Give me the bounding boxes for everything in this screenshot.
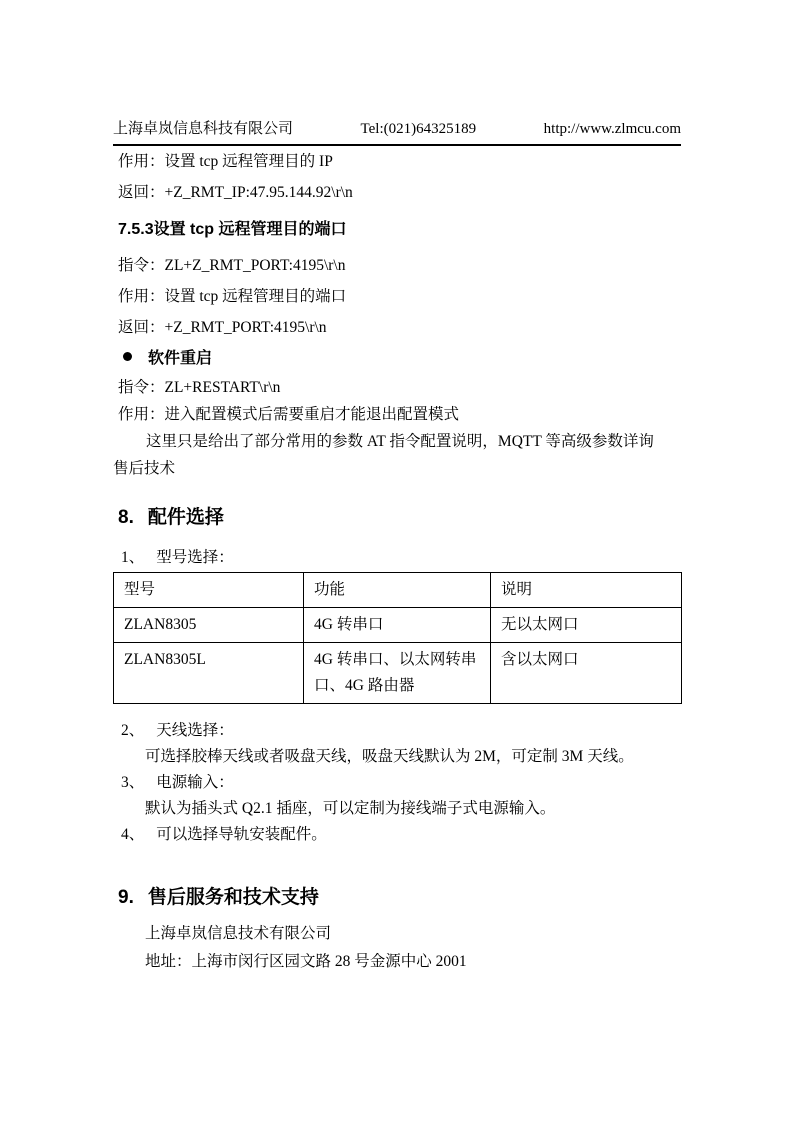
column-header-function: 功能 xyxy=(304,573,491,608)
section-8-title: 配件选择 xyxy=(148,507,224,528)
support-company-line: 上海卓岚信息技术有限公司 xyxy=(113,920,681,948)
restart-note-line-2: 售后技术 xyxy=(113,455,681,482)
s753-reply-line: 返回：+Z_RMT_PORT:4195\r\n xyxy=(113,312,681,343)
restart-note-line-1: 这里只是给出了部分常用的参数 AT 指令配置说明，MQTT 等高级参数详询 xyxy=(113,428,681,455)
table-header-row: 型号 功能 说明 xyxy=(114,573,682,608)
list-item-4-number: 4、 xyxy=(121,822,144,848)
page-content: 上海卓岚信息科技有限公司 Tel:(021)64325189 http://ww… xyxy=(113,117,681,976)
list-item-rail-mount: 4、可以选择导轨安装配件。 xyxy=(113,822,681,848)
cell-function-zlan8305: 4G 转串口 xyxy=(304,608,491,643)
table-row: ZLAN8305 4G 转串口 无以太网口 xyxy=(114,608,682,643)
restart-action-line: 作用：进入配置模式后需要重启才能退出配置模式 xyxy=(113,401,681,428)
list-item-3-title: 电源输入： xyxy=(156,774,234,791)
cell-description-zlan8305: 无以太网口 xyxy=(491,608,682,643)
model-selection-table: 型号 功能 说明 ZLAN8305 4G 转串口 无以太网口 ZLAN8305L… xyxy=(113,572,682,704)
list-item-antenna-selection: 2、天线选择： xyxy=(113,718,681,744)
column-header-model: 型号 xyxy=(114,573,304,608)
cell-description-zlan8305l: 含以太网口 xyxy=(491,643,682,704)
s753-action-line: 作用：设置 tcp 远程管理目的端口 xyxy=(113,281,681,312)
rmt-ip-reply-line: 返回：+Z_RMT_IP:47.95.144.92\r\n xyxy=(113,177,681,208)
list-item-2-number: 2、 xyxy=(121,718,144,744)
list-item-1-title: 型号选择： xyxy=(156,549,234,566)
software-restart-title: 软件重启 xyxy=(148,345,212,368)
section-8-number: 8. xyxy=(118,506,134,530)
section-9-title: 售后服务和技术支持 xyxy=(148,887,319,908)
section-9-heading: 9.售后服务和技术支持 xyxy=(113,886,681,910)
list-item-power-input: 3、电源输入： xyxy=(113,770,681,796)
list-item-4-title: 可以选择导轨安装配件。 xyxy=(156,826,327,843)
list-item-1-number: 1、 xyxy=(121,544,144,571)
list-item-3-number: 3、 xyxy=(121,770,144,796)
header-telephone: Tel:(021)64325189 xyxy=(361,121,477,138)
cell-function-zlan8305l: 4G 转串口、以太网转串口、4G 路由器 xyxy=(304,643,491,704)
cell-model-zlan8305l: ZLAN8305L xyxy=(114,643,304,704)
s753-command-line: 指令：ZL+Z_RMT_PORT:4195\r\n xyxy=(113,250,681,281)
cell-model-zlan8305: ZLAN8305 xyxy=(114,608,304,643)
table-row: ZLAN8305L 4G 转串口、以太网转串口、4G 路由器 含以太网口 xyxy=(114,643,682,704)
column-header-description: 说明 xyxy=(491,573,682,608)
header-website-url: http://www.zlmcu.com xyxy=(544,121,681,138)
section-8-heading: 8.配件选择 xyxy=(113,506,681,530)
software-restart-heading: 软件重启 xyxy=(113,346,681,366)
document-page: 上海卓岚信息科技有限公司 Tel:(021)64325189 http://ww… xyxy=(0,0,793,1122)
restart-command-line: 指令：ZL+RESTART\r\n xyxy=(113,374,681,401)
section-7-5-3-heading: 7.5.3设置 tcp 远程管理目的端口 xyxy=(113,220,681,240)
support-address-line: 地址：上海市闵行区园文路 28 号金源中心 2001 xyxy=(113,948,681,976)
list-item-model-selection: 1、型号选择： xyxy=(113,544,681,571)
header-company-name: 上海卓岚信息科技有限公司 xyxy=(113,117,293,138)
section-9-number: 9. xyxy=(118,886,134,910)
rmt-ip-action-line: 作用：设置 tcp 远程管理目的 IP xyxy=(113,146,681,177)
list-item-2-description: 可选择胶棒天线或者吸盘天线，吸盘天线默认为 2M，可定制 3M 天线。 xyxy=(113,744,681,770)
list-item-3-description: 默认为插头式 Q2.1 插座，可以定制为接线端子式电源输入。 xyxy=(113,796,681,822)
page-running-header: 上海卓岚信息科技有限公司 Tel:(021)64325189 http://ww… xyxy=(113,117,681,146)
bullet-icon xyxy=(123,352,132,361)
list-item-2-title: 天线选择： xyxy=(156,722,234,739)
